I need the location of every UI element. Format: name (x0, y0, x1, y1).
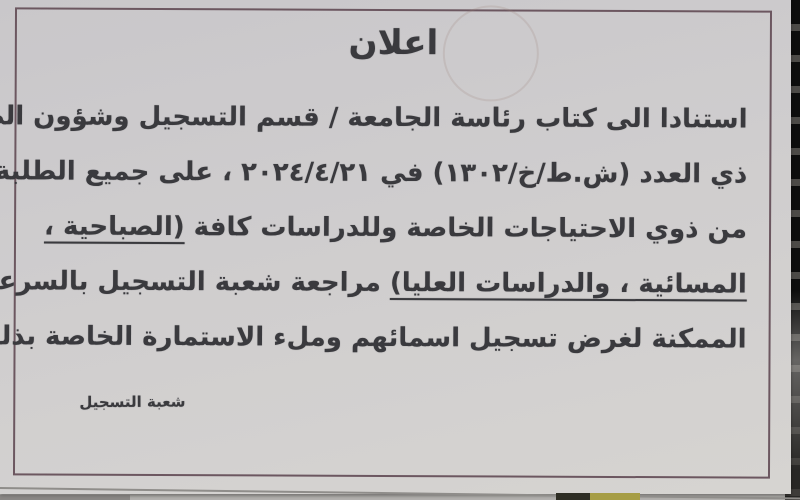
bottom-yellow-patch (590, 493, 640, 500)
signature: شعبة التسجيل (79, 393, 185, 412)
announcement-paper: اعلان استنادا الى كتاب رئاسة الجامعة / ق… (0, 0, 791, 494)
announcement-title: اعلان (17, 21, 770, 64)
body-line-2: ذي العدد (ش.ط/خ/١٣٠٢) في ٢٠٢٤/٤/٢١ ، على… (56, 145, 747, 203)
text-segment: من ذوي الاحتياجات الخاصة وللدراسات كافة (185, 212, 748, 244)
text-segment: استنادا الى كتاب رئاسة الجامعة / قسم الت… (0, 101, 748, 135)
underlined-text-segment: (الصباحية ، (44, 211, 185, 242)
border-frame: اعلان استنادا الى كتاب رئاسة الجامعة / ق… (13, 7, 772, 478)
photo-background: اعلان استنادا الى كتاب رئاسة الجامعة / ق… (0, 0, 800, 500)
body-line-3: من ذوي الاحتياجات الخاصة وللدراسات كافة … (56, 200, 747, 258)
body-line-5: الممكنة لغرض تسجيل اسمائهم وملء الاستمار… (55, 310, 746, 368)
text-segment: مراجعة شعبة التسجيل بالسرعة (0, 266, 390, 298)
bottom-dark-patch (556, 493, 590, 500)
text-segment: ذي العدد (ش.ط/خ/١٣٠٢) في ٢٠٢٤/٤/٢١ ، على… (0, 156, 747, 189)
text-segment: الممكنة لغرض تسجيل اسمائهم وملء الاستمار… (0, 321, 747, 354)
underlined-text-segment: المسائية ، والدراسات العليا) (390, 268, 747, 300)
bottom-shadow-patch (0, 495, 130, 500)
body-line-4: المسائية ، والدراسات العليا) مراجعة شعبة… (56, 255, 747, 313)
body-line-1: استنادا الى كتاب رئاسة الجامعة / قسم الت… (56, 90, 747, 148)
announcement-body: استنادا الى كتاب رئاسة الجامعة / قسم الت… (55, 90, 747, 368)
